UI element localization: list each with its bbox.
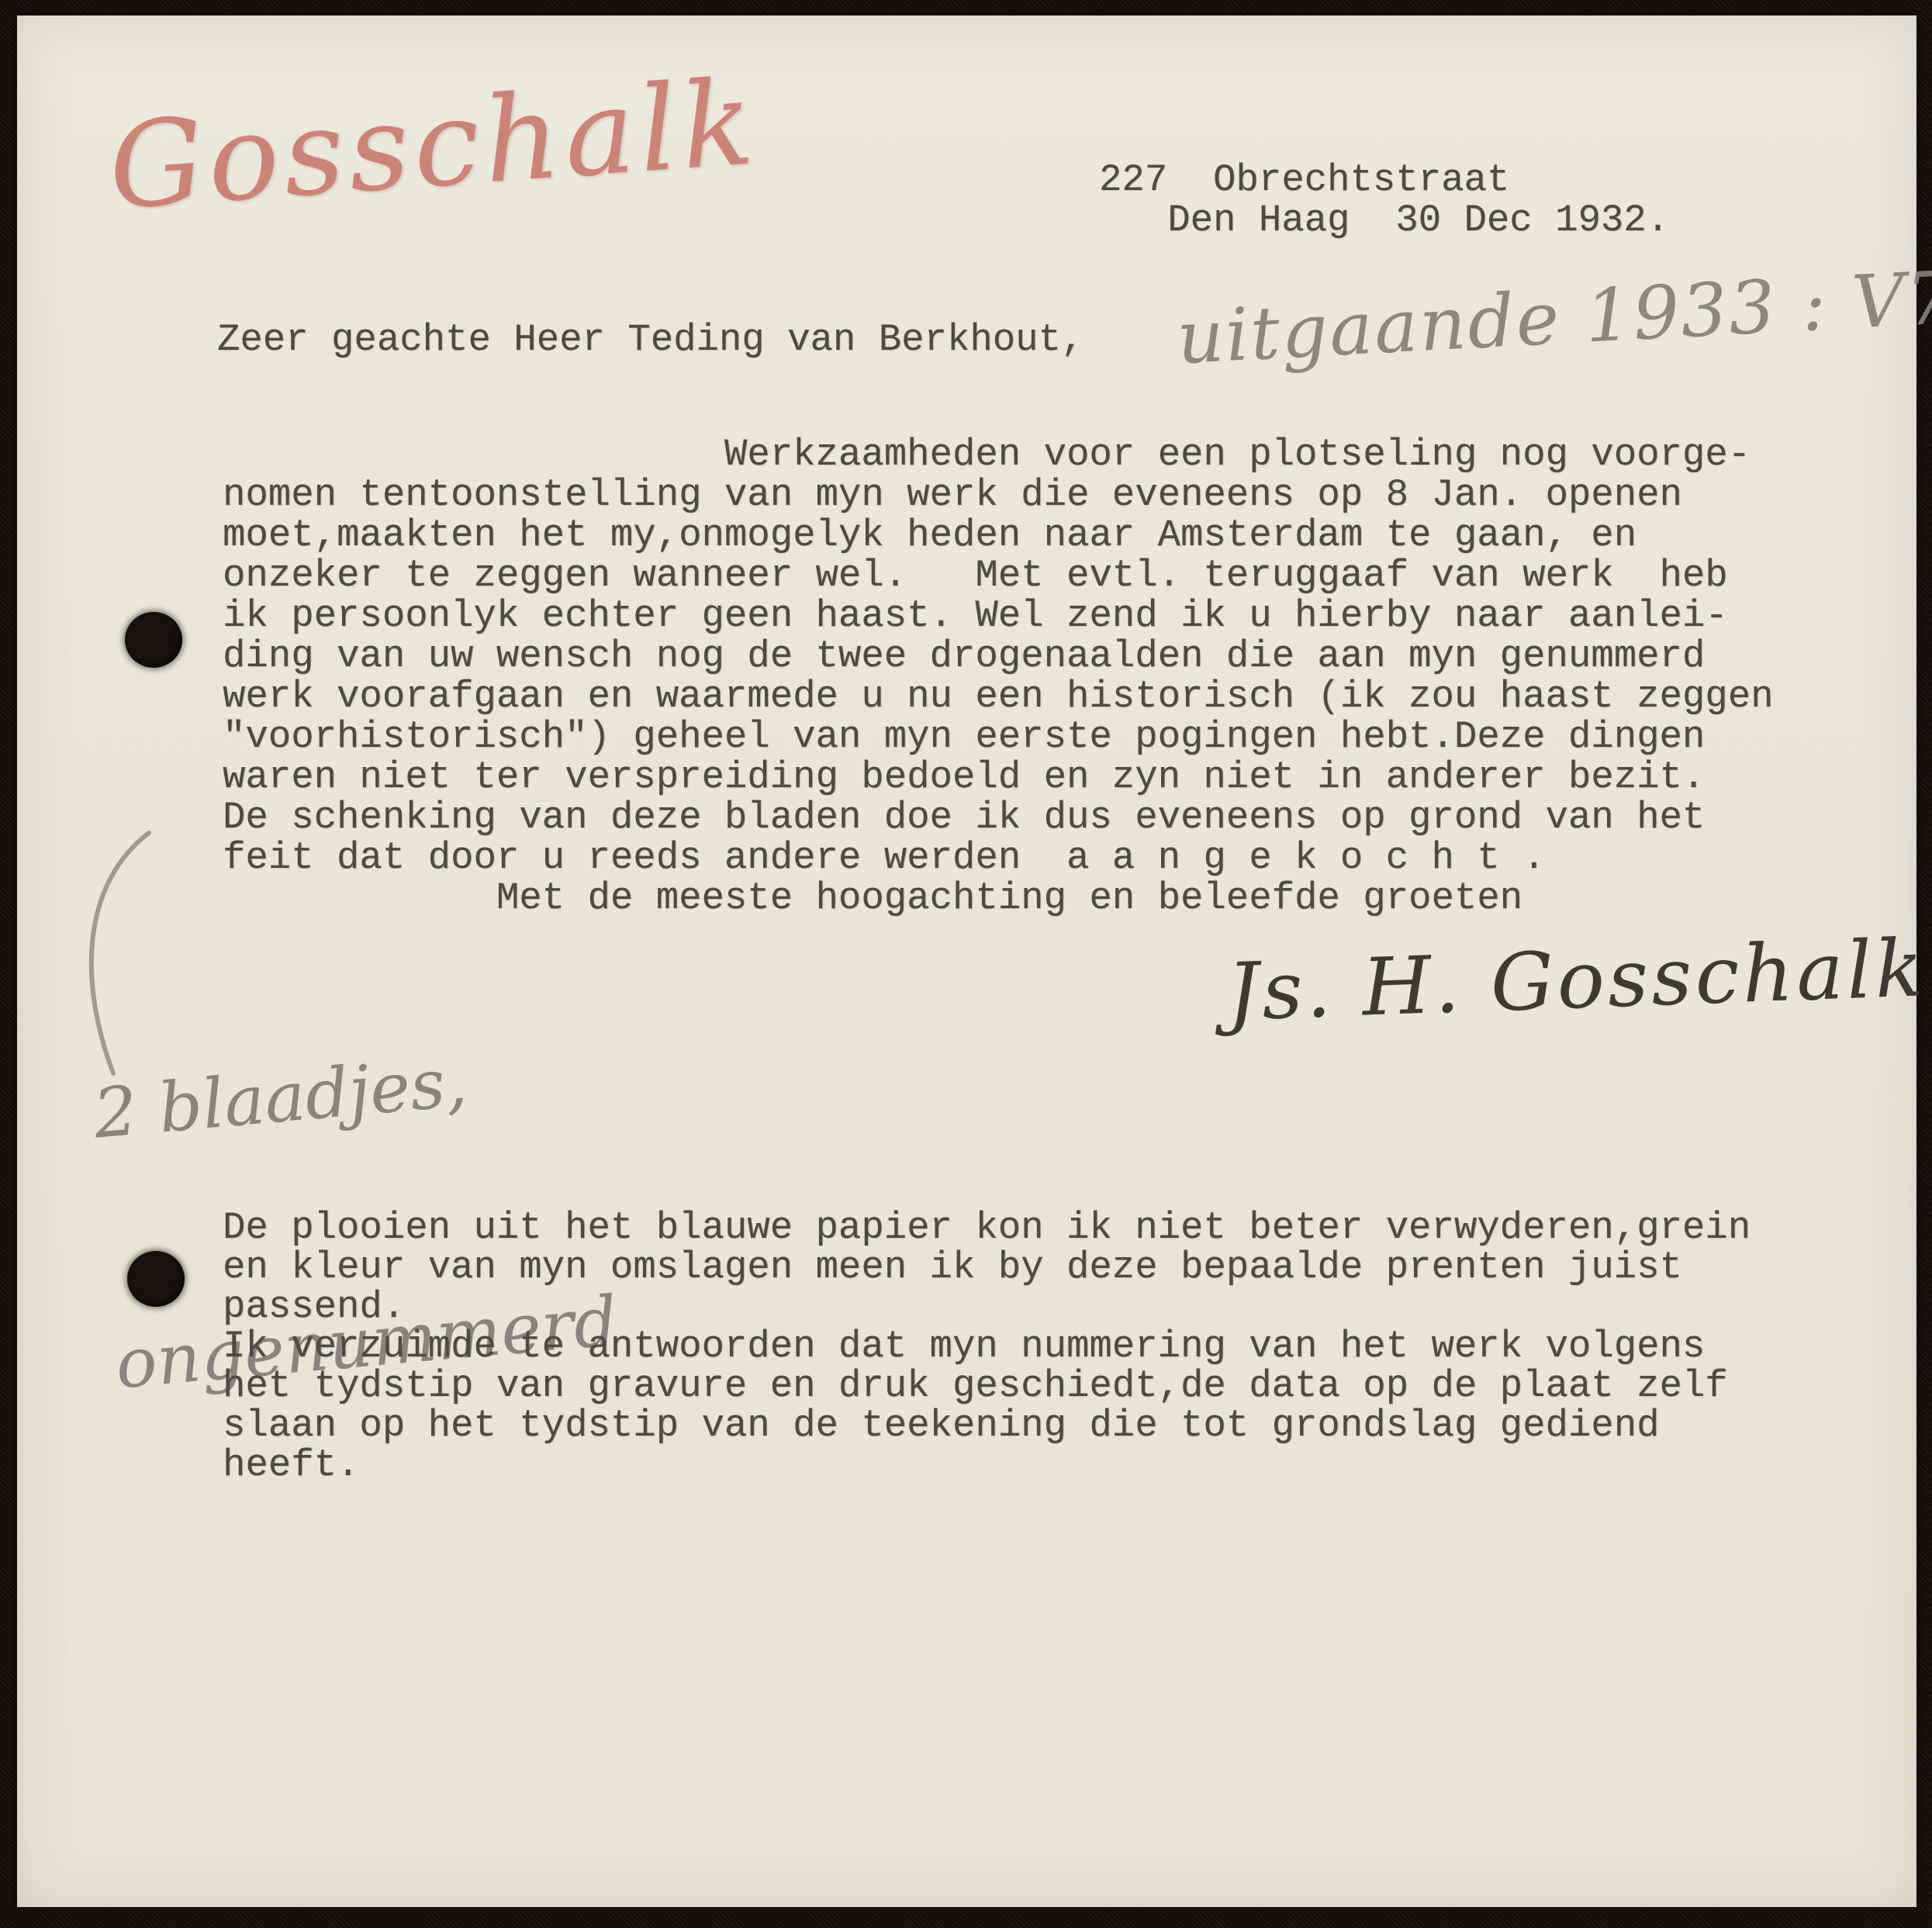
typewritten-line: het tydstip van gravure en druk geschied… [223,1367,1751,1406]
typewritten-line: Ik verzuimde te antwoorden dat myn numme… [223,1327,1751,1367]
typewritten-line: en kleur van myn omslagen meen ik by dez… [223,1248,1751,1287]
punch-hole-bottom [127,1251,185,1307]
typewritten-line: De plooien uit het blauwe papier kon ik … [223,1208,1751,1248]
typewritten-line: De schenking van deze bladen doe ik dus … [223,797,1774,838]
salutation: Zeer geachte Heer Teding van Berkhout, [217,320,1084,360]
salutation-line: Zeer geachte Heer Teding van Berkhout, [217,320,1084,360]
typewritten-line: waren niet ter verspreiding bedoeld en z… [223,757,1774,797]
punch-hole-top [125,612,182,668]
typewritten-line: "voorhistorisch") geheel van myn eerste … [223,717,1774,757]
sender-address-block: 227 Obrechtstraat Den Haag 30 Dec 1932. [1099,160,1669,240]
letter-scan: Gosschalk 227 Obrechtstraat Den Haag 30 … [0,0,1932,1928]
typewritten-line: heeft. [223,1446,1751,1485]
postscript-block: De plooien uit het blauwe papier kon ik … [223,1208,1751,1485]
address-line-1: 227 Obrechtstraat [1099,160,1669,200]
signature: Js. H. Gosschalk [1225,922,1927,1038]
typewritten-line: onzeker te zeggen wanneer wel. Met evtl.… [223,555,1774,596]
letter-paper: Gosschalk 227 Obrechtstraat Den Haag 30 … [17,16,1916,1907]
archival-red-annotation: Gosschalk [105,54,762,236]
address-line-2: Den Haag 30 Dec 1932. [1099,200,1669,240]
typewritten-line: ik persoonlyk echter geen haast. Wel zen… [223,596,1774,636]
typewritten-line: moet,maakten het my,onmogelyk heden naar… [223,515,1774,555]
typewritten-line: werk voorafgaan en waarmede u nu een his… [223,676,1774,717]
letter-body: Werkzaamheden voor een plotseling nog vo… [223,434,1774,918]
typewritten-line: passend. [223,1287,1751,1327]
pencil-annotation-left-line-1: 2 blaadjes, [90,1029,599,1156]
pencil-annotation-right: uitgaande 1933 : V7 [1175,256,1932,381]
typewritten-line: nomen tentoonstelling van myn werk die e… [223,475,1774,515]
typewritten-line: Werkzaamheden voor een plotseling nog vo… [223,434,1774,475]
typewritten-line: ding van uw wensch nog de twee drogenaal… [223,636,1774,676]
typewritten-line: slaan op het tydstip van de teekening di… [223,1406,1751,1446]
